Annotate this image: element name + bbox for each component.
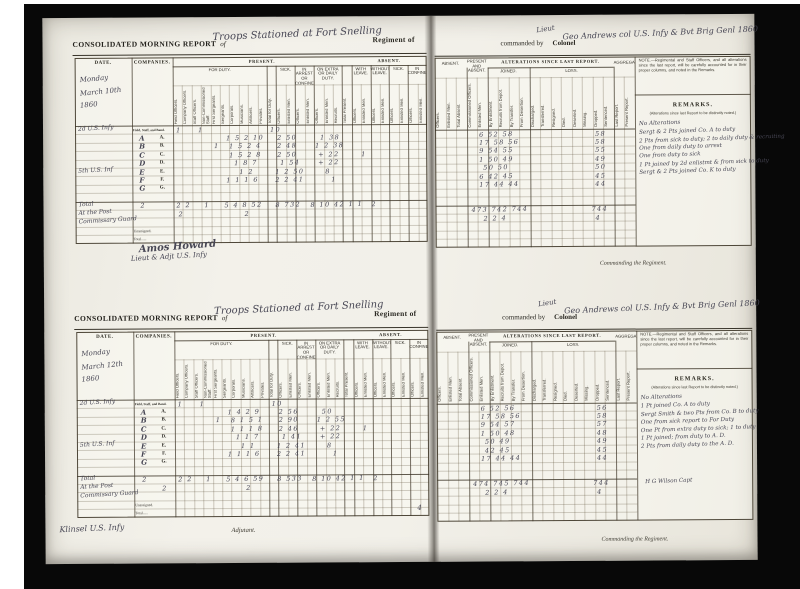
company-label: D. bbox=[155, 434, 173, 439]
column-label: Enlisted Men. bbox=[305, 86, 313, 124]
column-label: Officers. bbox=[277, 86, 285, 124]
regiment-of-label: Regiment of bbox=[374, 309, 416, 318]
column-group-label: FOR DUTY. bbox=[174, 341, 268, 359]
date-handwritten: 1860 bbox=[81, 374, 99, 384]
entry-handwritten: 1 bbox=[177, 400, 183, 408]
column-label: First Sergeants. bbox=[211, 86, 219, 124]
column-label: Present Report. bbox=[625, 79, 634, 127]
entry-handwritten: 1 bbox=[361, 150, 367, 158]
column-label: Enlisted Men. bbox=[364, 359, 372, 397]
company-label: E. bbox=[155, 443, 173, 448]
column-label: Artificers. bbox=[251, 360, 259, 398]
companies-header: COMPANIES. bbox=[132, 60, 173, 65]
column-label: Enlisted Men. bbox=[382, 359, 390, 397]
column-label: Officers. bbox=[392, 359, 400, 397]
entry-handwritten: 2 bbox=[373, 474, 379, 482]
companies-header: COMPANIES. bbox=[133, 334, 174, 339]
column-label: Officers. bbox=[371, 85, 379, 123]
column-label: Field Officers. bbox=[174, 86, 182, 124]
company-label: Field, Staff, and Band. bbox=[135, 403, 167, 406]
entry-handwritten: 2 bbox=[162, 484, 168, 492]
photo-backdrop: CONSOLIDATED MORNING REPORT of Troops St… bbox=[24, 4, 800, 589]
company-label: F. bbox=[153, 177, 171, 182]
row-date-handwritten: Total bbox=[80, 474, 95, 482]
remarks-caption: (Alterations since last Report to be dis… bbox=[635, 111, 751, 116]
column-label: Recruits from Depot. bbox=[501, 353, 510, 401]
column-label: Dropped. bbox=[594, 79, 603, 127]
column-label: By Enlistment. bbox=[488, 79, 497, 127]
company-handwritten: G bbox=[141, 458, 147, 467]
stray-handwritten: 4 bbox=[417, 503, 422, 511]
adjutant-caption: Adjutant. bbox=[231, 527, 255, 534]
column-label: First Sergeants. bbox=[213, 360, 221, 398]
company-handwritten: G bbox=[139, 184, 145, 193]
column-group-label: IN CONFINEMENT. bbox=[409, 340, 428, 357]
column-label: Staff Officers. bbox=[194, 360, 202, 398]
company-label: G. bbox=[155, 460, 173, 465]
column-label: Sentenced. bbox=[606, 353, 615, 401]
column-group-label: SICK. bbox=[278, 341, 297, 358]
column-label: Commissioned Officers. bbox=[469, 354, 478, 402]
entry-handwritten: 1 bbox=[206, 475, 212, 483]
column-label: Company Officers. bbox=[183, 86, 191, 124]
entry-handwritten: 1 bbox=[175, 126, 181, 134]
entry-handwritten: 1 bbox=[204, 201, 210, 209]
form-title-text: CONSOLIDATED MORNING REPORT bbox=[72, 39, 216, 49]
column-label: Officers. bbox=[296, 86, 304, 124]
column-label: Missing. bbox=[583, 79, 592, 127]
column-label: Last Report. bbox=[615, 79, 624, 127]
date-header: DATE. bbox=[75, 61, 132, 66]
column-label: Enlisted Men. bbox=[287, 86, 295, 124]
column-label: Discharged. bbox=[532, 353, 541, 401]
column-label: Officers. bbox=[279, 360, 287, 398]
column-group-label: PRESENT AND ABSENT. bbox=[466, 59, 487, 76]
column-label: Enlisted Men. bbox=[478, 79, 487, 127]
form-title-text: CONSOLIDATED MORNING REPORT bbox=[74, 313, 218, 323]
column-label: By Transfer. bbox=[509, 79, 518, 127]
entry-handwritten: 1 bbox=[200, 400, 206, 408]
commander-handwritten: Geo Andrews col U.S. Infy & Bvt Brig Gen… bbox=[562, 24, 758, 41]
column-label: From Desertion. bbox=[520, 79, 529, 127]
column-label: Musicians. bbox=[240, 86, 248, 124]
column-group-label: WITHOUT LEAVE. bbox=[372, 341, 391, 358]
entry-handwritten: 1 bbox=[332, 449, 338, 457]
column-group-label: ON EXTRA OR DAILY DUTY. bbox=[314, 67, 342, 84]
column-group-label: FOR DUTY. bbox=[173, 67, 267, 85]
column-label: Enlisted Men. bbox=[480, 353, 489, 401]
adjutant-signature-handwritten: Klinsel U.S. Infy bbox=[59, 523, 124, 535]
alterations-band-label: ALTERATIONS SINCE LAST REPORT. bbox=[487, 58, 613, 64]
report-table-right-page: ALTERATIONS SINCE LAST REPORT.ABSENT.PRE… bbox=[435, 56, 752, 248]
column-label: Officers. bbox=[354, 359, 362, 397]
morning-report-form-bottom: CONSOLIDATED MORNING REPORT of Troops St… bbox=[44, 302, 758, 568]
company-label: B. bbox=[155, 418, 173, 423]
company-label: C. bbox=[153, 152, 171, 157]
column-group-label: WITH LEAVE. bbox=[353, 341, 372, 358]
alterations-band-label: ALTERATIONS SINCE LAST REPORT. bbox=[489, 332, 615, 338]
column-label: Officers. bbox=[409, 85, 417, 123]
column-label: Sentenced. bbox=[604, 79, 613, 127]
column-label: Privates. bbox=[258, 86, 266, 124]
column-label: Musicians. bbox=[241, 360, 249, 398]
column-label: Sergeants. bbox=[221, 86, 229, 124]
entry-handwritten: 1 bbox=[198, 126, 204, 134]
column-label: Officers. bbox=[436, 80, 445, 128]
column-label: Deserted. bbox=[573, 79, 582, 127]
row-date-handwritten: Total bbox=[78, 200, 93, 208]
column-label: Deserted. bbox=[574, 353, 583, 401]
column-label: Enlisted Men. bbox=[381, 85, 389, 123]
entry-handwritten: 4 bbox=[597, 487, 603, 495]
company-label: B. bbox=[153, 144, 171, 149]
column-label: Non-Commissioned Staff. bbox=[204, 360, 212, 398]
column-label: Enlisted Men. bbox=[307, 360, 315, 398]
commander-pre-handwritten: Lieut bbox=[536, 24, 555, 35]
column-label: Enlisted Men. bbox=[446, 80, 455, 128]
column-label: From Desertion. bbox=[522, 353, 531, 401]
regiment-of-label: Regiment of bbox=[372, 35, 414, 44]
column-group-label: ABSENT. bbox=[436, 336, 468, 351]
column-label: Company Officers. bbox=[185, 360, 193, 398]
remarks-header: REMARKS. bbox=[635, 102, 751, 109]
station-handwritten: Troops Stationed at Fort Snelling bbox=[214, 299, 384, 317]
entry-handwritten: 1 bbox=[331, 175, 337, 183]
column-label: Corporals. bbox=[230, 86, 238, 124]
entry-handwritten: 2 bbox=[142, 476, 148, 484]
column-label: Staff Officers. bbox=[193, 86, 201, 124]
column-label: Discharged. bbox=[530, 79, 539, 127]
company-label: A. bbox=[153, 135, 171, 140]
column-label: Officers. bbox=[373, 359, 381, 397]
column-label: Recruits. bbox=[334, 85, 342, 123]
column-label: Missing. bbox=[585, 353, 594, 401]
column-label: By Enlistment. bbox=[490, 353, 499, 401]
entry-handwritten: 8 bbox=[327, 441, 333, 449]
report-table-left-page: PRESENT.ABSENT.FOR DUTY.SICK.IN ARREST O… bbox=[75, 56, 428, 244]
company-label: F. bbox=[155, 451, 173, 456]
column-label: Total Present. bbox=[343, 85, 351, 123]
column-label: Enlisted Men. bbox=[401, 359, 409, 397]
company-label: D. bbox=[153, 160, 171, 165]
column-label: Recruits. bbox=[335, 359, 343, 397]
column-group-label: IN CONFINEMENT. bbox=[408, 66, 427, 83]
company-label: G. bbox=[153, 186, 171, 191]
company-label: C. bbox=[155, 426, 173, 431]
commanding-the-regiment-caption: Commanding the Regiment. bbox=[602, 536, 669, 542]
column-label: Total for Duty. bbox=[268, 86, 276, 124]
column-label: Officers. bbox=[298, 360, 306, 398]
column-label: Corporals. bbox=[232, 360, 240, 398]
signature-block: Amos Howard Lieut & Adjt U.S. Infy bbox=[139, 241, 217, 260]
column-group-label: IN ARREST OR CONFINEMENT. bbox=[295, 67, 314, 84]
column-label: Officers. bbox=[437, 354, 446, 402]
commander-pre-handwritten: Lieut bbox=[538, 298, 557, 309]
column-label: Present Report. bbox=[627, 353, 636, 401]
column-group-label: AGGREGATE. bbox=[614, 61, 635, 76]
station-handwritten: Troops Stationed at Fort Snelling bbox=[212, 25, 382, 43]
column-label: Enlisted Men. bbox=[400, 85, 408, 123]
column-label: Officers. bbox=[352, 85, 360, 123]
column-label: Artificers. bbox=[249, 86, 257, 124]
column-label: Officers. bbox=[315, 85, 323, 123]
column-group-label: WITHOUT LEAVE. bbox=[370, 67, 389, 84]
column-group-label: ON EXTRA OR DAILY DUTY. bbox=[315, 341, 343, 358]
column-group-label: SICK. bbox=[276, 67, 295, 84]
entry-handwritten: 4 bbox=[595, 213, 601, 221]
commanded-by-line: commanded by Colonel Lieut Geo Andrews c… bbox=[436, 304, 752, 330]
column-label: Enlisted Men. bbox=[420, 359, 428, 397]
column-label: Total for Duty. bbox=[269, 360, 277, 398]
company-label: Field, Staff, and Band. bbox=[133, 129, 165, 132]
printed-footer-label: Unassigned. bbox=[134, 230, 152, 234]
column-group-label: IN ARREST OR CONFINEMENT. bbox=[297, 341, 316, 358]
column-label: Officers. bbox=[317, 359, 325, 397]
column-group-label: WITH LEAVE. bbox=[351, 67, 370, 84]
column-label: Resigned. bbox=[552, 79, 561, 127]
column-label: Died. bbox=[564, 353, 573, 401]
column-label: Enlisted Men. bbox=[288, 360, 296, 398]
column-label: By Transfer. bbox=[511, 353, 520, 401]
column-label: Total Absent. bbox=[457, 80, 466, 128]
commanded-by-label: commanded by bbox=[502, 313, 545, 321]
column-group-label: SICK. bbox=[391, 340, 410, 357]
column-label: Total Absent. bbox=[458, 354, 467, 402]
note-text: NOTE.—Regimental and Staff Officers, and… bbox=[636, 330, 752, 369]
column-label: Privates. bbox=[260, 360, 268, 398]
date-handwritten: 1860 bbox=[80, 100, 98, 110]
note-text: NOTE.—Regimental and Staff Officers, and… bbox=[635, 56, 751, 95]
column-label: Officers. bbox=[411, 359, 419, 397]
column-label: Sergeants. bbox=[222, 360, 230, 398]
column-label: Field Officers. bbox=[175, 360, 183, 398]
column-group-label: PRESENT AND ABSENT. bbox=[468, 333, 489, 350]
column-label: Recruits from Depot. bbox=[499, 79, 508, 127]
column-label: Officers. bbox=[390, 85, 398, 123]
entry-handwritten: 1 bbox=[214, 142, 220, 150]
column-label: Enlisted Men. bbox=[448, 354, 457, 402]
company-label: A. bbox=[155, 409, 173, 414]
column-label: Transferred. bbox=[543, 353, 552, 401]
column-group-label: AGGREGATE. bbox=[615, 335, 636, 350]
commanding-the-regiment-caption: Commanding the Regiment. bbox=[600, 260, 667, 266]
remarks-caption: (Alterations since last Report to be dis… bbox=[637, 385, 753, 390]
column-label: Last Report. bbox=[616, 353, 625, 401]
ledger-page-spread: CONSOLIDATED MORNING REPORT of Troops St… bbox=[42, 14, 757, 564]
column-label: Non-Commissioned Staff. bbox=[202, 86, 210, 124]
entry-handwritten: 2 bbox=[246, 483, 252, 491]
commanded-by-label: commanded by bbox=[500, 39, 543, 47]
entry-handwritten: 2 bbox=[371, 200, 377, 208]
column-label: Enlisted Men. bbox=[326, 359, 334, 397]
column-label: Total Present. bbox=[345, 359, 353, 397]
column-group-label: ABSENT. bbox=[435, 62, 467, 77]
column-label: Enlisted Men. bbox=[362, 85, 370, 123]
column-label: Enlisted Men. bbox=[324, 85, 332, 123]
entry-handwritten: 1 bbox=[363, 424, 369, 432]
commander-handwritten: Geo Andrews col U.S. Infy & Bvt Brig Gen… bbox=[564, 298, 760, 315]
entry-handwritten: 2 bbox=[245, 209, 251, 217]
report-table-right-page: ALTERATIONS SINCE LAST REPORT.ABSENT.PRE… bbox=[436, 330, 753, 522]
entry-handwritten: 2 bbox=[140, 202, 146, 210]
entry-handwritten: 1 bbox=[215, 416, 221, 424]
column-label: Dropped. bbox=[595, 353, 604, 401]
date-header: DATE. bbox=[76, 335, 133, 340]
column-label: Transferred. bbox=[541, 79, 550, 127]
entry-handwritten: 2 bbox=[179, 210, 185, 218]
column-group-label: JOINED. bbox=[489, 343, 531, 351]
printed-footer-label: Unassigned. bbox=[135, 504, 153, 508]
absent-band-label: ABSENT. bbox=[353, 331, 428, 336]
column-group-label: SICK. bbox=[389, 66, 408, 83]
report-table-left-page: PRESENT.ABSENT.FOR DUTY.SICK.IN ARREST O… bbox=[76, 330, 429, 518]
column-label: Enlisted Men. bbox=[418, 85, 426, 123]
column-label: Died. bbox=[562, 79, 571, 127]
remarks-header: REMARKS. bbox=[637, 376, 753, 383]
absent-band-label: ABSENT. bbox=[351, 57, 426, 62]
entry-handwritten: 8 bbox=[326, 167, 332, 175]
company-label: E. bbox=[153, 169, 171, 174]
column-label: Commissioned Officers. bbox=[467, 80, 476, 128]
morning-report-form-top: CONSOLIDATED MORNING REPORT of Troops St… bbox=[42, 28, 756, 294]
column-group-label: JOINED. bbox=[487, 69, 529, 77]
commanded-by-line: commanded by Colonel Lieut Geo Andrews c… bbox=[434, 30, 750, 56]
printed-footer-label: Total...... bbox=[135, 512, 148, 516]
column-label: Resigned. bbox=[553, 353, 562, 401]
